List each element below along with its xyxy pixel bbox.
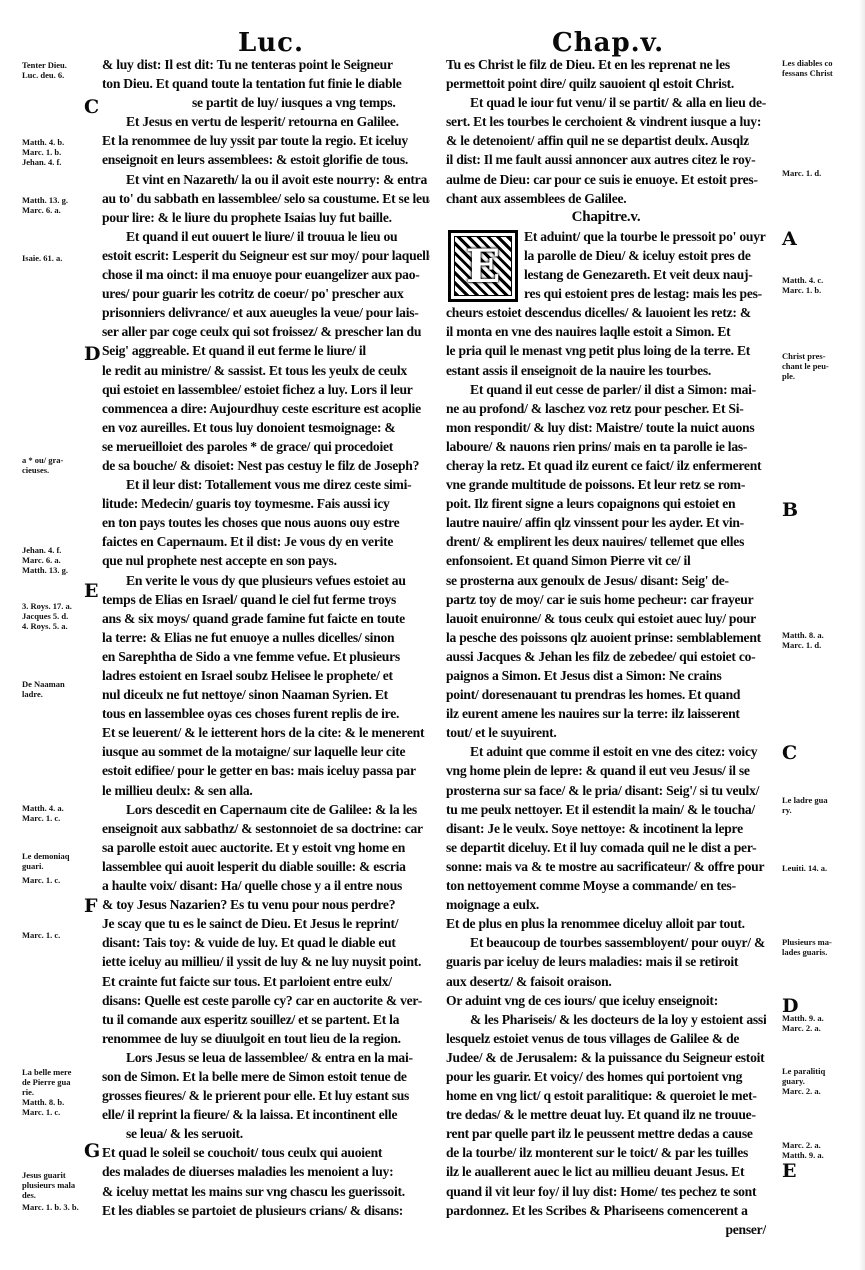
running-head-chapter: Chap.v. xyxy=(552,28,664,58)
text-line: se partit de luy/ iusques a vng temps. xyxy=(102,93,430,112)
text-line: la pesche des poissons qlz auoient prins… xyxy=(446,628,766,647)
text-line: & les Phariseis/ & les docteurs de la lo… xyxy=(446,1010,766,1029)
margin-note-left: Jehan. 4. f. xyxy=(22,545,61,555)
text-line: renommee de luy se diuulgoit en tout lie… xyxy=(102,1029,430,1048)
margin-note-left: cieuses. xyxy=(22,465,49,475)
margin-note-right: ple. xyxy=(782,371,795,381)
margin-note-right: guary. xyxy=(782,1076,805,1086)
margin-note-left: Luc. deu. 6. xyxy=(22,70,64,80)
text-line: ans & six moys/ quand grade famine fut f… xyxy=(102,609,430,628)
text-line: de sa bouche/ & disoiet: Nest pas cestuy… xyxy=(102,456,430,475)
text-line: se prosterna aux genoulx de Jesus/ disan… xyxy=(446,571,766,590)
text-line: ser aller par coge ceulx qui sot froisse… xyxy=(102,322,430,341)
margin-note-right: Marc. 1. b. xyxy=(782,285,821,295)
margin-note-left: Marc. 1. c. xyxy=(22,813,60,823)
text-line: chant aux assemblees de Galilee. xyxy=(446,189,766,208)
margin-note-left: Marc. 1. c. xyxy=(22,875,60,885)
margin-note-left: Marc. 1. b. 3. b. xyxy=(22,1202,79,1212)
text-line: au to' du sabbath en lassemblee/ selo sa… xyxy=(102,189,430,208)
text-line: il dist: Il me fault aussi annoncer aux … xyxy=(446,150,766,169)
text-line: Et il leur dist: Totallement vous me dir… xyxy=(102,475,430,494)
scan-edge-shadow xyxy=(859,0,865,1270)
text-line: lauoit enuironne/ & tous ceulx qui estoi… xyxy=(446,609,766,628)
text-line: qui estoiet en lassemblee/ estoiet fiche… xyxy=(102,380,430,399)
margin-note-left: des. xyxy=(22,1190,36,1200)
text-line: se departit diceluy. Et il luy comada qu… xyxy=(446,838,766,857)
section-letter-right: C xyxy=(782,742,797,764)
margin-note-left: Marc. 6. a. xyxy=(22,555,61,565)
text-line: ton Dieu. Et quand toute la tentation fu… xyxy=(102,74,430,93)
text-line: prosterna sur sa face/ & le pria/ disant… xyxy=(446,781,766,800)
text-line: nul diceulx ne fut nettoye/ sinon Naaman… xyxy=(102,685,430,704)
text-line: sonne: mais va & te mostre au sacrificat… xyxy=(446,857,766,876)
section-letter-right: D xyxy=(782,995,798,1017)
text-line: Et la renommee de luy yssit par toute la… xyxy=(102,131,430,150)
text-line: tous en lassemblee oyas ces choses furen… xyxy=(102,704,430,723)
text-line: guaris par iceluy de leurs maladies: mai… xyxy=(446,952,766,971)
text-line: estoit escrit: Lesperit du Seigneur est … xyxy=(102,246,430,265)
section-letter-left: C xyxy=(84,96,99,118)
text-line: estoit edifiee/ pour le getter en bas: m… xyxy=(102,761,430,780)
text-line: faictes en Capernaum. Et il dist: Je vou… xyxy=(102,532,430,551)
text-line: se leua/ & les seruoit. xyxy=(102,1124,430,1143)
text-line: pour lire: & le liure du prophete Isaias… xyxy=(102,208,430,227)
text-line: Et Jesus en vertu de lesperit/ retourna … xyxy=(102,112,430,131)
text-line: paignos a Simon. Et Jesus dist a Simon: … xyxy=(446,666,766,685)
text-line: son de Simon. Et la belle mere de Simon … xyxy=(102,1067,430,1086)
margin-note-left: Matth. 13. g. xyxy=(22,565,68,575)
text-line: Seig' aggreable. Et quand il eut ferme l… xyxy=(102,341,430,360)
margin-note-left: Marc. 1. c. xyxy=(22,1107,60,1117)
text-line: ures/ pour guarir les cotritz de coeur/ … xyxy=(102,284,430,303)
text-line: Et quad le iour fut venu/ il se partit/ … xyxy=(446,93,766,112)
text-line: & toy Jesus Nazarien? Es tu venu pour no… xyxy=(102,895,430,914)
text-line: ilz eurent amene les nauires sur la terr… xyxy=(446,704,766,723)
text-line: grosses fieures/ & le prierent pour elle… xyxy=(102,1086,430,1105)
text-line: ton nettoyement comme Moyse a commande/ … xyxy=(446,876,766,895)
text-line: Et quand il eut ouuert le liure/ il trou… xyxy=(102,227,430,246)
margin-note-left: Jacques 5. d. xyxy=(22,611,68,621)
text-line: Judee/ & de Jerusalem: & la puissance du… xyxy=(446,1048,766,1067)
text-line: mon respondit/ & luy dist: Maistre/ tout… xyxy=(446,418,766,437)
text-line: disant: Tais toy: & vuide de luy. Et qua… xyxy=(102,933,430,952)
text-line: tu me peulx nettoyer. Et il estendit la … xyxy=(446,800,766,819)
margin-note-left: Le demoniaq xyxy=(22,851,69,861)
margin-note-right: Matth. 9. a. xyxy=(782,1150,824,1160)
margin-note-right: Le paralitiq xyxy=(782,1066,825,1076)
text-line: litude: Medecin/ guaris toy toymesme. Fa… xyxy=(102,494,430,513)
running-head-book: Luc. xyxy=(238,28,304,58)
text-line: prisonniers delivrance/ et aux aueugles … xyxy=(102,303,430,322)
text-line: estant assis il enseignoit de la nauire … xyxy=(446,361,766,380)
margin-note-left: guari. xyxy=(22,861,44,871)
text-line: en ton pays toutes les choses que nous a… xyxy=(102,513,430,532)
initial-letter: E xyxy=(451,233,515,299)
section-letter-left: E xyxy=(84,580,98,602)
text-line: elle/ il reprint la fieure/ & la laissa.… xyxy=(102,1105,430,1124)
text-line: Et crainte fut faicte sur tous. Et parlo… xyxy=(102,972,430,991)
text-line: disans: Quelle est ceste parolle cy? car… xyxy=(102,991,430,1010)
margin-note-right: Leuiti. 14. a. xyxy=(782,863,827,873)
margin-note-left: a * ou/ gra- xyxy=(22,455,63,465)
text-line: penser/ xyxy=(446,1220,766,1239)
margin-note-right: Marc. 1. d. xyxy=(782,640,821,650)
text-line: il monta en vne des nauires laqlle estoi… xyxy=(446,322,766,341)
text-line: Lors Jesus se leua de lassemblee/ & entr… xyxy=(102,1048,430,1067)
text-line: moignage a eulx. xyxy=(446,895,766,914)
text-line: enseignoit aux sabbathz/ & sestonnoiet d… xyxy=(102,819,430,838)
margin-note-right: Plusieurs ma- xyxy=(782,937,832,947)
text-line: aussi Jacques & Jehan les filz de zebede… xyxy=(446,647,766,666)
text-line: sert. Et les tourbes le cerchoient & vin… xyxy=(446,112,766,131)
decorated-initial: E xyxy=(448,230,518,302)
text-line: vng home plein de lepre: & quand il eut … xyxy=(446,761,766,780)
text-line: & le detenoient/ affin quil ne se depart… xyxy=(446,131,766,150)
text-line: vne grande multitude de poissons. Et leu… xyxy=(446,475,766,494)
margin-note-left: Jesus guarit xyxy=(22,1170,66,1180)
book-page: Luc. Chap.v. & luy dist: Il est dit: Tu … xyxy=(0,0,865,1270)
section-letter-left: F xyxy=(84,895,98,917)
text-line: le pria quil le menast vng petit plus lo… xyxy=(446,341,766,360)
text-line: Or aduint vng de ces iours/ que iceluy e… xyxy=(446,991,766,1010)
margin-note-left: ladre. xyxy=(22,689,43,699)
text-line: en Sarephtha de Sido a vne femme vefue. … xyxy=(102,647,430,666)
text-line: En verite le vous dy que plusieurs vefue… xyxy=(102,571,430,590)
text-line: se merueilloiet des paroles * de grace/ … xyxy=(102,437,430,456)
text-line: le millieu deulx: & sen alla. xyxy=(102,781,430,800)
section-letter-right: B xyxy=(782,499,798,521)
text-line: ilz le auallerent auec le lict au millie… xyxy=(446,1162,766,1181)
margin-note-left: plusieurs mala xyxy=(22,1180,75,1190)
text-line: Et les diables se partoiet de plusieurs … xyxy=(102,1201,430,1220)
text-line: que nul prophete nest accepte en son pay… xyxy=(102,551,430,570)
text-line: la terre: & Elias ne fut enuoye a nulles… xyxy=(102,628,430,647)
margin-note-left: Matth. 4. b. xyxy=(22,137,64,147)
text-line: & luy dist: Il est dit: Tu ne tenteras p… xyxy=(102,55,430,74)
text-line: tout/ et le suyuirent. xyxy=(446,723,766,742)
margin-note-left: Jehan. 4. f. xyxy=(22,157,61,167)
text-line: quand il vit leur foy/ il luy dist: Home… xyxy=(446,1182,766,1201)
margin-note-right: Matth. 8. a. xyxy=(782,630,824,640)
left-text-column: & luy dist: Il est dit: Tu ne tenteras p… xyxy=(102,55,430,1220)
text-line: Et se leuerent/ & le ietterent hors de l… xyxy=(102,723,430,742)
text-line: Tu es Christ le filz de Dieu. Et en les … xyxy=(446,55,766,74)
margin-note-left: Tenter Dieu. xyxy=(22,60,67,70)
text-line: Et beaucoup de tourbes sassembloyent/ po… xyxy=(446,933,766,952)
text-line: Et vint en Nazareth/ la ou il avoit este… xyxy=(102,170,430,189)
text-line: point/ doresenauant tu prendras les home… xyxy=(446,685,766,704)
text-line: Et quad le soleil se couchoit/ tous ceul… xyxy=(102,1143,430,1162)
text-line: des malades de diuerses maladies les men… xyxy=(102,1162,430,1181)
text-line: sa parolle estoit auec auctorite. Et y e… xyxy=(102,838,430,857)
margin-note-right: Marc. 2. a. xyxy=(782,1086,821,1096)
margin-note-right: chant le peu- xyxy=(782,361,829,371)
section-letter-right: A xyxy=(782,228,797,250)
margin-note-left: 3. Roys. 17. a. xyxy=(22,601,72,611)
text-line: en voz aureilles. Et tous luy donoient t… xyxy=(102,418,430,437)
margin-note-left: Marc. 1. b. xyxy=(22,147,61,157)
text-line: lautre nauire/ affin qlz vinssent pour l… xyxy=(446,513,766,532)
text-line: a haulte voix/ disant: Ha/ quelle chose … xyxy=(102,876,430,895)
text-line: Je scay que tu es le sainct de Dieu. Et … xyxy=(102,914,430,933)
margin-note-right: fessans Christ xyxy=(782,68,833,78)
text-line: ladres estoient en Israel soubz Helisee … xyxy=(102,666,430,685)
margin-note-left: 4. Roys. 5. a. xyxy=(22,621,68,631)
text-line: tu il comande aux esperitz souillez/ et … xyxy=(102,1010,430,1029)
margin-note-right: Matth. 4. c. xyxy=(782,275,823,285)
text-line: commencea a dire: Aujourdhuy ceste escri… xyxy=(102,399,430,418)
text-line: ne au profond/ & laschez voz retz pour p… xyxy=(446,399,766,418)
text-line: lassemblee qui auoit lesperit du diable … xyxy=(102,857,430,876)
text-line: home en vng lict/ q estoit paralitique: … xyxy=(446,1086,766,1105)
section-letter-right: E xyxy=(782,1160,796,1182)
margin-note-left: Isaie. 61. a. xyxy=(22,253,62,263)
text-line: laboure/ & nauons rien prins/ mais en ta… xyxy=(446,437,766,456)
text-line: cheurs estoiet descendus dicelles/ & lau… xyxy=(446,303,766,322)
margin-note-right: Les diables co xyxy=(782,58,833,68)
text-line: Et quand il eut cesse de parler/ il dist… xyxy=(446,380,766,399)
section-letter-left: G xyxy=(84,1140,100,1162)
margin-note-right: Marc. 2. a. xyxy=(782,1023,821,1033)
margin-note-left: rie. xyxy=(22,1087,34,1097)
margin-note-left: Marc. 6. a. xyxy=(22,205,61,215)
margin-note-right: Marc. 2. a. xyxy=(782,1140,821,1150)
text-line: pardonnez. Et les Scribes & Phariseens c… xyxy=(446,1201,766,1220)
text-line: iette iceluy au millieu/ il yssit de luy… xyxy=(102,952,430,971)
text-line: lesquelz estoiet venus de tous villages … xyxy=(446,1029,766,1048)
margin-note-right: Christ pres- xyxy=(782,351,826,361)
text-line: & iceluy mettat les mains sur vng chascu… xyxy=(102,1182,430,1201)
margin-note-left: Matth. 4. a. xyxy=(22,803,64,813)
text-line: poit. Ilz firent signe a leurs copaignon… xyxy=(446,494,766,513)
margin-note-left: de Pierre gua xyxy=(22,1077,70,1087)
text-line: rent par quelle part ilz le peussent met… xyxy=(446,1124,766,1143)
text-line: iusque au sommet de la motaigne/ sur laq… xyxy=(102,742,430,761)
section-letter-left: D xyxy=(84,343,100,365)
text-line: partz toy de moy/ car ie suis home peche… xyxy=(446,590,766,609)
text-line: de la tourbe/ ilz monterent sur le toict… xyxy=(446,1143,766,1162)
text-line: chose il ma oinct: il ma enuoye pour eua… xyxy=(102,265,430,284)
text-line: enfonsoient. Et quand Simon Pierre vit c… xyxy=(446,551,766,570)
margin-note-left: La belle mere xyxy=(22,1067,71,1077)
text-line: cheray la retz. Et quad ilz eurent ce fa… xyxy=(446,456,766,475)
margin-note-right: Le ladre gua xyxy=(782,795,828,805)
text-line: Et de plus en plus la renommee diceluy a… xyxy=(446,914,766,933)
text-line: permettoit point dire/ quilz sauoient ql… xyxy=(446,74,766,93)
margin-note-right: lades guaris. xyxy=(782,947,827,957)
text-line: drent/ & emplirent les deux nauires/ tel… xyxy=(446,532,766,551)
text-line: enseignoit en leurs assemblees: & estoit… xyxy=(102,150,430,169)
margin-note-left: Matth. 13. g. xyxy=(22,195,68,205)
margin-note-left: De Naaman xyxy=(22,679,65,689)
text-line: le redit au ministre/ & sassist. Et tous… xyxy=(102,361,430,380)
text-line: Chapitre.v. xyxy=(446,208,766,227)
margin-note-left: Marc. 1. c. xyxy=(22,930,60,940)
text-line: disant: Je le veulx. Soye nettoye: & inc… xyxy=(446,819,766,838)
margin-note-right: Marc. 1. d. xyxy=(782,168,821,178)
text-line: aux desertz/ & faisoit oraison. xyxy=(446,972,766,991)
text-line: aulme de Dieu: car pour ce suis ie enuoy… xyxy=(446,170,766,189)
text-line: temps de Elias en Israel/ quand le ciel … xyxy=(102,590,430,609)
text-line: pour les guarir. Et voicy/ des homes qui… xyxy=(446,1067,766,1086)
margin-note-left: Matth. 8. b. xyxy=(22,1097,64,1107)
text-line: Et aduint que comme il estoit en vne des… xyxy=(446,742,766,761)
text-line: Lors descedit en Capernaum cite de Galil… xyxy=(102,800,430,819)
text-line: tre dedas/ & le mettre deuat luy. Et qua… xyxy=(446,1105,766,1124)
margin-note-right: ry. xyxy=(782,805,792,815)
